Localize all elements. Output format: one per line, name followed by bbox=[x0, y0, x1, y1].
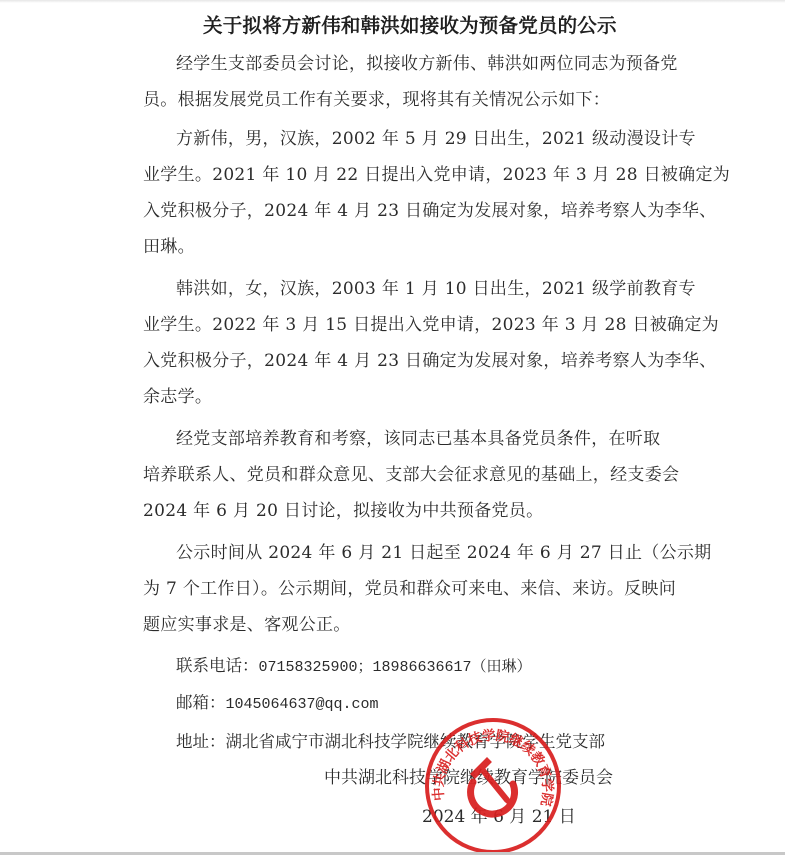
signature-date: 2024 年 6 月 21 日 bbox=[422, 806, 576, 828]
text-line: 为 7 个工作日）。公示期间，党员和群众可来电、来信、来访。反映问 bbox=[143, 571, 648, 607]
contact-phone-label: 联系电话： bbox=[176, 656, 259, 675]
text-line: 培养联系人、党员和群众意见、支部大会征求意见的基础上，经支委会 bbox=[143, 457, 648, 493]
text-line: 入党积极分子，2024 年 4 月 23 日确定为发展对象，培养考察人为李华、 bbox=[143, 343, 648, 379]
text-line: 业学生。2022 年 3 月 15 日提出入党申请，2023 年 3 月 28 … bbox=[143, 307, 648, 343]
text-line: 题应实事求是、客观公正。 bbox=[143, 607, 648, 643]
contact-phone: 联系电话：07158325900；18986636617（田琳） bbox=[176, 655, 532, 679]
contact-address-label: 地址： bbox=[176, 732, 226, 751]
contact-email-label: 邮箱： bbox=[176, 693, 226, 712]
paragraph-committee-decision: 经党支部培养教育和考察，该同志已基本具备党员条件，在听取 培养联系人、党员和群众… bbox=[143, 421, 648, 529]
text-line: 方新伟，男，汉族，2002 年 5 月 29 日出生，2021 级动漫设计专 bbox=[143, 121, 648, 157]
contact-email-value: 1045064637@qq.com bbox=[226, 696, 379, 713]
contact-email: 邮箱：1045064637@qq.com bbox=[176, 692, 379, 716]
page-top-edge bbox=[0, 0, 785, 3]
text-line: 入党积极分子，2024 年 4 月 23 日确定为发展对象，培养考察人为李华、 bbox=[143, 193, 648, 229]
paragraph-intro: 经学生支部委员会讨论，拟接收方新伟、韩洪如两位同志为预备党 员。根据发展党员工作… bbox=[143, 46, 648, 118]
text-line: 2024 年 6 月 20 日讨论，拟接收为中共预备党员。 bbox=[143, 493, 648, 529]
contact-address-value: 湖北省咸宁市湖北科技学院继续教育学院学生党支部 bbox=[226, 732, 606, 751]
page-bottom-edge bbox=[0, 852, 785, 855]
contact-address: 地址：湖北省咸宁市湖北科技学院继续教育学院学生党支部 bbox=[176, 731, 605, 753]
paragraph-candidate-han: 韩洪如，女，汉族，2003 年 1 月 10 日出生，2021 级学前教育专 业… bbox=[143, 271, 648, 415]
contact-phone-value: 07158325900；18986636617（田琳） bbox=[259, 659, 532, 676]
text-line: 员。根据发展党员工作有关要求，现将其有关情况公示如下： bbox=[143, 82, 648, 118]
paragraph-candidate-fang: 方新伟，男，汉族，2002 年 5 月 29 日出生，2021 级动漫设计专 业… bbox=[143, 121, 648, 265]
seal-text: 中共湖北科技学院继续教育学院委员会 bbox=[423, 716, 556, 808]
text-line: 业学生。2021 年 10 月 22 日提出入党申请，2023 年 3 月 28… bbox=[143, 157, 648, 193]
text-line: 韩洪如，女，汉族，2003 年 1 月 10 日出生，2021 级学前教育专 bbox=[143, 271, 648, 307]
paragraph-publicity-period: 公示时间从 2024 年 6 月 21 日起至 2024 年 6 月 27 日止… bbox=[143, 535, 648, 643]
text-line: 经党支部培养教育和考察，该同志已基本具备党员条件，在听取 bbox=[143, 421, 648, 457]
text-line: 经学生支部委员会讨论，拟接收方新伟、韩洪如两位同志为预备党 bbox=[143, 46, 648, 82]
text-line: 余志学。 bbox=[143, 379, 648, 415]
text-line: 田琳。 bbox=[143, 229, 648, 265]
signature-organization: 中共湖北科技学院继续教育学院委员会 bbox=[324, 767, 613, 789]
text-line: 公示时间从 2024 年 6 月 21 日起至 2024 年 6 月 27 日止… bbox=[143, 535, 648, 571]
document-title: 关于拟将方新伟和韩洪如接收为预备党员的公示 bbox=[203, 10, 623, 38]
